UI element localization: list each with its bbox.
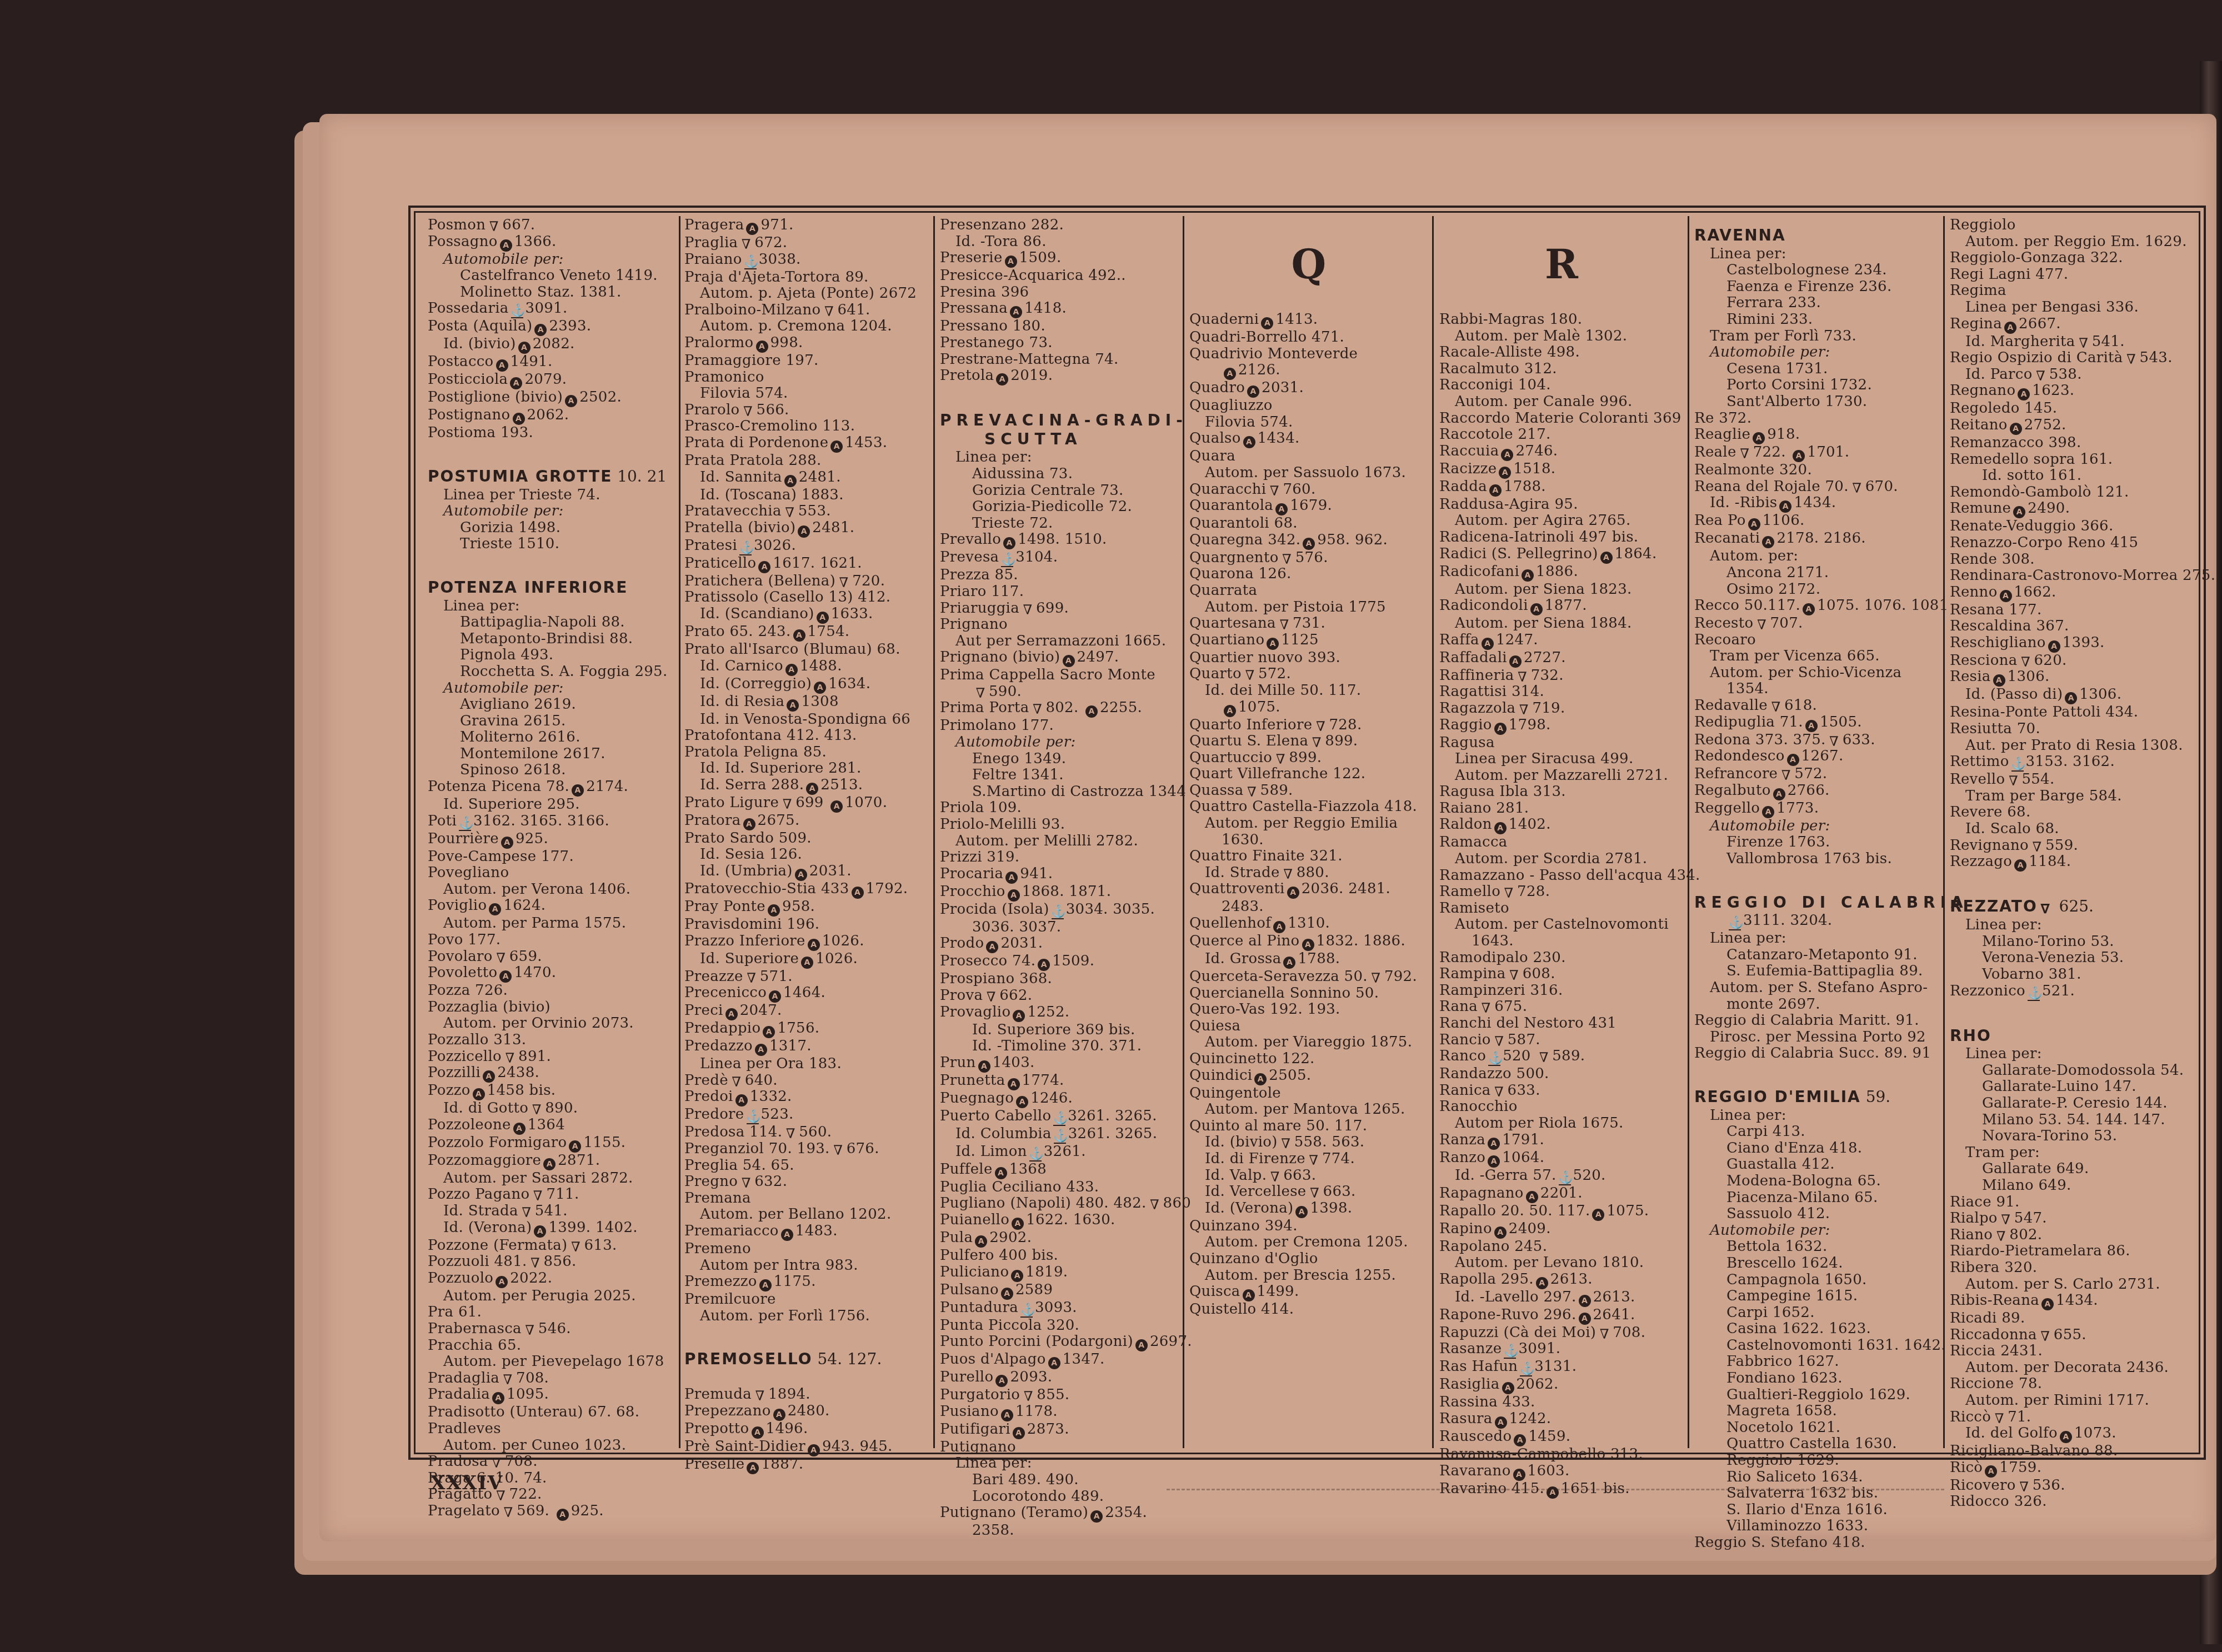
entry-name: Autom. per S. Carlo 2731. (1965, 1276, 2160, 1293)
entry-name: Quaregna 342. (1189, 532, 1300, 548)
entry-name: Linea per: (955, 1455, 1032, 1471)
entry-name: Faenza e Firenze 236. (1726, 278, 1891, 295)
entry-name: Pove-Campese 177. (428, 848, 574, 865)
index-entry: Ras Hafun⚓3131. (1439, 1359, 1684, 1376)
index-entry: Gorizia 1498. (428, 520, 672, 537)
heading-text: RAVENNA (1694, 226, 1786, 244)
index-entry: QuartianoA1125 (1189, 632, 1428, 650)
index-entry: Gallarate-Luino 147. (1950, 1079, 2194, 1095)
table-refs: 1403. (993, 1054, 1035, 1071)
table-refs: 541. (535, 1203, 568, 1219)
entry-name: Poti (428, 813, 457, 829)
entry-name: Fabbrico 1627. (1726, 1353, 1839, 1370)
station-heading: POTENZA INFERIORE (428, 579, 672, 596)
table-refs: 1662. (2014, 584, 2056, 600)
index-entry: Reggiolo 1629. (1694, 1453, 1939, 1469)
table-refs: 1622. 1630. (1026, 1212, 1115, 1228)
table-refs: 1347. (1063, 1351, 1105, 1368)
table-refs: 2481. (812, 519, 854, 536)
entry-name: Id. Scalo 68. (1965, 820, 2059, 837)
automobile-service-icon: A (1013, 1427, 1025, 1439)
automobile-service-icon: A (501, 837, 513, 849)
index-entry: Carpi 1652. (1694, 1305, 1939, 1321)
automobile-service-icon: A (801, 957, 813, 969)
index-entry: PoviglioA1624. (428, 898, 672, 915)
index-entry: Prizzi 319. (940, 849, 1179, 866)
heading-text: POSTUMIA GROTTE (428, 467, 612, 485)
entry-name: Pravisdomini 196. (684, 916, 819, 933)
entry-name: Rende 308. (1950, 551, 2035, 568)
tram-station-icon: ∇ (1370, 972, 1382, 984)
tram-station-icon: ∇ (1244, 669, 1256, 682)
automobile-service-icon: A (1499, 467, 1511, 479)
table-refs: 941. (1020, 865, 1053, 882)
ship-port-icon: ⚓ (2011, 758, 2024, 772)
index-entry: PostaccoA1491. (428, 354, 672, 372)
entry-name: Prè Saint-Didier (684, 1438, 805, 1455)
entry-name: Pozza 726. (428, 982, 508, 999)
entry-name: Raldon (1439, 816, 1492, 833)
entry-name: Ravarano (1439, 1463, 1511, 1479)
automobile-service-icon: A (787, 699, 799, 712)
entry-name: Procaria (940, 865, 1003, 882)
index-entry: Raccotole 217. (1439, 427, 1684, 443)
index-entry: Remondò-Gambolò 121. (1950, 484, 2194, 501)
index-entry: Rabbi-Magras 180. (1439, 312, 1684, 328)
tram-station-icon: ∇ (1755, 619, 1768, 631)
index-entry: Remanzacco 398. (1950, 435, 2194, 452)
tram-station-icon: ∇ (1739, 448, 1751, 460)
index-entry: RadicofaniA1886. (1439, 564, 1684, 582)
entry-name: Prato 65. 243. (684, 623, 791, 640)
entry-name: Carpi 1652. (1726, 1304, 1815, 1321)
index-entry: Autom. per Pistoia 1775 (1189, 599, 1428, 616)
index-entry: Ragusa (1439, 735, 1684, 752)
entry-name: Metaponto-Brindisi 88. (460, 630, 633, 647)
index-entry: Filovia 574. (684, 386, 929, 402)
index-entry: Prato Ligure∇699 A1070. (684, 795, 929, 813)
entry-name: Puglia Ceciliano 433. (940, 1179, 1099, 1195)
index-entry: Quartier nuovo 393. (1189, 650, 1428, 667)
table-refs: 672. (754, 234, 787, 251)
index-entry: Automobile per: (428, 252, 672, 268)
automobile-service-icon: A (995, 1167, 1007, 1179)
entry-name: Premilcuore (684, 1291, 776, 1308)
index-entry: Pray PonteA958. (684, 899, 929, 917)
heading-text: REZZATO (1950, 897, 2038, 915)
index-entry: Realmonte 320. (1694, 462, 1939, 479)
table-refs: 3162. 3165. 3166. (473, 813, 609, 829)
table-refs: 1496. (766, 1420, 808, 1437)
entry-name: Pradleves (428, 1420, 501, 1437)
table-refs: 925. (571, 1503, 604, 1519)
entry-name: Catanzaro-Metaponto 91. (1726, 947, 1918, 963)
index-entry: Automobile per: (428, 503, 672, 520)
automobile-service-icon: A (1579, 1295, 1591, 1307)
automobile-service-icon: A (1547, 1486, 1559, 1499)
entry-name: Radicena-Iatrinoli 497 bis. (1439, 529, 1638, 545)
entry-name: Renazzo-Corpo Reno 415 (1950, 534, 2138, 551)
entry-name: Autom. per Cuneo 1023. (443, 1437, 626, 1454)
entry-name: Recesto (1694, 615, 1753, 632)
entry-name: Preselle (684, 1456, 744, 1473)
automobile-service-icon: A (1592, 1209, 1604, 1221)
index-entry: Trieste 1510. (428, 536, 672, 553)
table-refs: 760. (1283, 481, 1315, 498)
index-entry: Brescello 1624. (1694, 1255, 1939, 1272)
table-refs: 708. (505, 1453, 538, 1470)
heading-text: PREVACINA-GRADI- (940, 411, 1188, 429)
automobile-service-icon: A (1494, 1227, 1507, 1239)
index-entry: Linea per: (940, 1455, 1179, 1472)
table-refs: 1306. (2008, 668, 2050, 685)
table-refs: 3261. (1044, 1143, 1086, 1160)
entry-name: Linea per: (1965, 1045, 2042, 1062)
entry-name: Praja d'Ajeta-Tortora 89. (684, 269, 869, 286)
entry-name: Rapolano 245. (1439, 1238, 1547, 1255)
entry-name: Quarto (1189, 665, 1242, 682)
table-refs: 2902. (989, 1229, 1032, 1246)
table-refs: 2062. (1517, 1376, 1559, 1393)
automobile-service-icon: A (489, 903, 501, 915)
index-entry: Reale∇722. A1701. (1694, 444, 1939, 462)
ship-port-icon: ⚓ (747, 1111, 759, 1124)
index-entry: Id. in Venosta-Spondigna 66 (684, 712, 929, 728)
automobile-service-icon: A (1063, 655, 1075, 667)
table-refs: 3026. (754, 537, 796, 554)
entry-name: Autom. per Agira 2765. (1455, 512, 1631, 529)
index-entry: QuattroventiA2036. 2481. (1189, 881, 1428, 899)
index-entry: Id. (bivio)A2082. (428, 336, 672, 354)
entry-name: Magreta 1658. (1726, 1403, 1837, 1419)
automobile-service-icon: A (773, 1409, 785, 1421)
entry-name: Guastalla 412. (1726, 1156, 1835, 1173)
entry-name: Aidussina 73. (972, 465, 1073, 482)
index-entry: Aidussina 73. (940, 466, 1179, 483)
entry-name: Spinoso 2618. (460, 762, 566, 778)
index-entry: Id. (Umbria)A2031. (684, 863, 929, 881)
index-entry: Pressano 180. (940, 318, 1179, 335)
index-entry: Ragattisi 314. (1439, 684, 1684, 700)
entry-name: Pulfero 400 bis. (940, 1247, 1058, 1264)
entry-name: Id. (Toscana) 1883. (700, 487, 844, 503)
automobile-service-icon: A (1135, 1339, 1148, 1351)
index-entry: Presenzano 282. (940, 217, 1179, 234)
tram-station-icon: ∇ (745, 972, 758, 984)
entry-name: Predore (684, 1106, 744, 1123)
index-entry: Pugliano (Napoli) 480. 482.∇860 (940, 1195, 1179, 1212)
automobile-service-icon: A (1038, 959, 1050, 971)
index-entry: Ricovero∇536. (1950, 1478, 2194, 1494)
index-entry: Pozzaglia (bivio) (428, 999, 672, 1016)
index-entry: Puglia Ceciliano 433. (940, 1179, 1179, 1196)
entry-name: Linea per Bengasi 336. (1965, 299, 2139, 316)
entry-name: Querce al Pino (1189, 933, 1300, 949)
index-entry: Recesto∇707. (1694, 615, 1939, 632)
index-entry: Rio Saliceto 1634. (1694, 1469, 1939, 1486)
table-refs: 640. (745, 1072, 778, 1089)
spacer (1950, 1001, 2194, 1018)
entry-name: Porto Corsini 1732. (1726, 377, 1872, 393)
tram-station-icon: ∇ (742, 406, 754, 418)
index-entry: Ramello∇728. (1439, 884, 1684, 900)
automobile-service-icon: A (1254, 1073, 1267, 1085)
table-refs: 899. (1325, 733, 1358, 749)
tram-station-icon: ∇ (1828, 735, 1840, 748)
table-refs: 2641. (1593, 1306, 1635, 1323)
entry-name: Reitano (1950, 417, 2008, 433)
tram-station-icon: ∇ (1309, 1187, 1321, 1199)
entry-name: Prignano (940, 616, 1008, 633)
table-refs: 2093. (1010, 1369, 1052, 1385)
index-entry: Priaro 117. (940, 584, 1179, 600)
entry-name: Pratovecchio-Stia 433 (684, 880, 849, 897)
table-refs: 1398. (1310, 1200, 1352, 1217)
entry-name: Quinzano 394. (1189, 1218, 1298, 1234)
index-entry: Rettimo⚓3153. 3162. (1950, 754, 2194, 772)
tram-station-icon: ∇ (985, 991, 997, 1003)
index-entry: Quattro Finaite 321. (1189, 848, 1428, 865)
ship-port-icon: ⚓ (1729, 917, 1741, 930)
index-entry: Rialpo∇547. (1950, 1210, 2194, 1227)
tram-station-icon: ∇ (1993, 1413, 2005, 1425)
entry-name: Remedello sopra 161. (1950, 451, 2113, 468)
entry-name: Racalmuto 312. (1439, 361, 1557, 377)
index-entry: Firenze 1763. (1694, 834, 1939, 851)
entry-name: Regalbuto (1694, 782, 1771, 799)
automobile-service-icon: A (814, 682, 826, 694)
entry-name: Reana del Rojale 70. (1694, 478, 1849, 495)
automobile-service-icon: A (1005, 256, 1017, 268)
table-refs: 1868. 1871. (1022, 883, 1111, 900)
index-entry: Quadri-Borrello 471. (1189, 329, 1428, 346)
table-refs: 2393. (549, 318, 591, 334)
index-entry: Pozzo Pagano∇711. (428, 1187, 672, 1203)
tram-station-icon: ∇ (1280, 1138, 1292, 1150)
entry-name: Predappio (684, 1020, 760, 1037)
index-entry: Pozzicello∇891. (428, 1049, 672, 1065)
entry-name: Renate-Veduggio 366. (1950, 518, 2114, 534)
index-entry: PozzomaggioreA2871. (428, 1153, 672, 1170)
automobile-service-icon: A (1001, 1288, 1013, 1300)
automobile-service-icon: A (781, 1229, 793, 1241)
index-entry: Id. Strada∇541. (428, 1203, 672, 1220)
entry-name: Linea per: (443, 598, 520, 614)
index-entry: RaggioA1798. (1439, 717, 1684, 735)
automobile-service-icon: A (2013, 506, 2025, 518)
automobile-service-icon: A (2018, 388, 2030, 401)
table-refs: 3153. 3162. (2026, 753, 2115, 770)
entry-name: Randazzo 500. (1439, 1065, 1549, 1082)
index-entry: Rampina∇608. (1439, 966, 1684, 983)
ship-port-icon: ⚓ (2028, 988, 2040, 1001)
index-entry: Poti⚓3162. 3165. 3166. (428, 813, 672, 831)
entry-name: Ranza (1439, 1132, 1485, 1148)
table-refs: 2746. (1515, 443, 1558, 459)
automobile-service-icon: A (2000, 590, 2012, 602)
entry-name: Quiesa (1189, 1018, 1240, 1034)
table-refs: 722. (1753, 444, 1786, 460)
entry-name: Querceta-Seravezza 50. (1189, 968, 1368, 985)
index-entry: Feltre 1341. (940, 767, 1179, 784)
automobile-service-icon: A (1600, 552, 1613, 564)
table-refs: 543. (2140, 349, 2173, 366)
index-entry: Ragazzola∇719. (1439, 700, 1684, 717)
index-entry: Id. SannitaA2481. (684, 469, 929, 487)
table-refs: 667. (502, 217, 535, 233)
index-entry: Postiglione (bivio)A2502. (428, 389, 672, 407)
automobile-service-icon: A (830, 800, 843, 813)
index-entry: Pradosa∇708. (428, 1454, 672, 1470)
tram-station-icon: ∇ (1538, 1052, 1550, 1064)
entry-name: Prata Pratola 288. (684, 452, 822, 469)
index-entry: Autom. per Mantova 1265. (1189, 1102, 1428, 1118)
entry-name: Gallarate-Domodossola 54. (1982, 1062, 2184, 1079)
tram-station-icon: ∇ (1268, 485, 1280, 497)
entry-name: Pratella (bivio) (684, 519, 795, 536)
tram-station-icon: ∇ (1022, 604, 1034, 616)
table-refs: 1402. (1509, 816, 1551, 833)
index-entry: Riccia 2431. (1950, 1343, 2194, 1360)
table-refs: 2174. (586, 778, 628, 795)
index-entry: Autom per Intra 983. (684, 1258, 929, 1274)
entry-name: Autom. per: (1710, 548, 1798, 564)
index-entry: Linea per Trieste 74. (428, 487, 672, 504)
index-entry: ProdoA2031. (940, 935, 1179, 953)
index-entry: Putignano (940, 1439, 1179, 1456)
index-entry: Pratola Peligna 85. (684, 744, 929, 761)
tram-station-icon: ∇ (1780, 769, 1792, 782)
index-entry: Castelnovomonti 1631. 1642. (1694, 1338, 1939, 1354)
index-entry: Pregno∇632. (684, 1174, 929, 1190)
index-entry: PraticelloA1617. 1621. (684, 555, 929, 573)
tram-station-icon: ∇ (1493, 1035, 1505, 1048)
index-entry: Predè∇640. (684, 1073, 929, 1089)
automobile-service-icon: A (534, 1225, 546, 1238)
index-entry: Preglia 54. 65. (684, 1158, 929, 1174)
table-refs: 576. (1295, 549, 1328, 566)
index-entry: Piacenza-Milano 65. (1694, 1190, 1939, 1207)
index-entry: Id. di Gotto∇890. (428, 1100, 672, 1117)
entry-name: Rasanze (1439, 1340, 1502, 1357)
index-entry: Prova∇662. (940, 988, 1179, 1004)
table-refs: 1798. (1509, 717, 1551, 733)
tram-station-icon: ∇ (740, 238, 752, 251)
index-entry: Autom. per Brescia 1255. (1189, 1268, 1428, 1284)
tram-station-icon: ∇ (1508, 969, 1520, 982)
entry-name: Presicce-Acquarica 492.. (940, 267, 1126, 284)
index-entry: Rescaldina 367. (1950, 618, 2194, 635)
table-refs: 2480. (788, 1403, 830, 1419)
index-entry: Prata Pratola 288. (684, 453, 929, 469)
index-entry: Molinetto Staz. 1381. (428, 284, 672, 301)
entry-name: Reggiolo 1629. (1726, 1452, 1839, 1469)
index-entry: PredoiA1332. (684, 1089, 929, 1107)
entry-name: Autom. per Cremona 1205. (1205, 1234, 1408, 1250)
index-entry: PulaA2902. (940, 1230, 1179, 1248)
entry-name: Casina 1622. 1623. (1726, 1320, 1871, 1337)
entry-name: Pratavecchia (684, 503, 782, 519)
entry-name: Enego 1349. (972, 750, 1066, 767)
entry-name: Prestrane-Mattegna 74. (940, 351, 1118, 368)
automobile-service-icon: A (1762, 536, 1774, 548)
entry-name: Castelnovomonti 1631. 1642. (1726, 1337, 1946, 1354)
automobile-service-icon: A (1224, 705, 1236, 717)
entry-name: Remondò-Gambolò 121. (1950, 484, 2129, 500)
entry-name: Prepotto (684, 1420, 749, 1437)
index-entry: Pradleves (428, 1421, 672, 1438)
index-column-1: Posmon∇667.PossagnoA1366.Automobile per:… (428, 217, 672, 1521)
automobile-service-icon: A (759, 1279, 772, 1291)
entry-name: Pradosa (428, 1453, 488, 1470)
table-refs: 663. (1323, 1183, 1356, 1200)
automobile-service-icon: A (768, 904, 780, 917)
index-entry: PossagnoA1366. (428, 234, 672, 252)
index-entry: Autom. per Scordia 2781. (1439, 851, 1684, 868)
index-entry: QuellenhofA1310. (1189, 915, 1428, 933)
index-entry: Prignano (940, 617, 1179, 633)
entry-name: Linea per: (1710, 246, 1786, 262)
index-entry: Linea per: (1694, 1108, 1939, 1124)
table-refs: 1252. (1027, 1004, 1069, 1020)
entry-name: Riccadonna (1950, 1326, 2037, 1343)
table-refs: 1242. (1509, 1410, 1552, 1427)
table-refs: 1332. (750, 1088, 792, 1105)
automobile-service-icon: A (483, 1070, 495, 1083)
entry-name: Quartu S. Elena (1189, 733, 1308, 749)
entry-name: Autom. per Siena 1823. (1455, 581, 1632, 598)
entry-name: Ciano d'Enza 418. (1726, 1140, 1862, 1157)
entry-name: Linea per Ora 183. (700, 1055, 842, 1072)
automobile-service-icon: A (1005, 872, 1018, 884)
index-entry: Id. (Passo di)A1306. (1950, 687, 2194, 704)
index-entry: Id. Id. Superiore 281. (684, 760, 929, 777)
table-refs: 2031. (1000, 935, 1043, 952)
index-entry: Pignola 493. (428, 647, 672, 664)
index-entry: Pradisotto (Unterau) 67. 68. (428, 1404, 672, 1421)
index-entry: ProcariaA941. (940, 866, 1179, 884)
table-refs: 1773. (1776, 800, 1819, 817)
entry-name: Quattroventi (1189, 880, 1285, 897)
index-entry: Ragusa Ibla 313. (1439, 784, 1684, 800)
table-refs: 1317. (769, 1038, 812, 1054)
automobile-service-icon: A (2041, 1298, 2054, 1310)
index-entry: RemuneA2490. (1950, 500, 2194, 518)
index-entry: Id. Parco∇538. (1950, 367, 2194, 383)
entry-name: Regi Lagni 477. (1950, 266, 2068, 283)
index-entry: Autom. per S. Stefano Aspro- (1694, 980, 1939, 997)
index-entry: Guastalla 412. (1694, 1157, 1939, 1173)
automobile-service-icon: A (1787, 754, 1799, 766)
entry-name: Id. -Gerra 57. (1455, 1167, 1557, 1184)
table-refs: 856. (544, 1253, 577, 1270)
automobile-service-icon: A (1008, 889, 1020, 902)
index-entry: Autom. per Levano 1810. (1439, 1255, 1684, 1271)
table-refs: 1364 (528, 1117, 565, 1133)
entry-name: Pratora (684, 812, 741, 829)
entry-name: monte 2697. (1726, 996, 1820, 1013)
index-entry: Radicena-Iatrinoli 497 bis. (1439, 529, 1684, 546)
table-refs: 2079. (524, 371, 567, 388)
entry-name: Cesena 1731. (1726, 361, 1828, 377)
automobile-service-icon: A (725, 1008, 738, 1020)
entry-name: Autom. per Pievepelago 1678 (443, 1353, 664, 1370)
index-entry: PourrièreA925. (428, 831, 672, 849)
table-refs: 1075. 1076. 1081 (1817, 597, 1948, 614)
entry-name: Reggiolo (1950, 217, 2016, 233)
index-entry: Autom. p. Ajeta (Ponte) 2672 (684, 286, 929, 302)
entry-name: Prodo (940, 935, 984, 952)
